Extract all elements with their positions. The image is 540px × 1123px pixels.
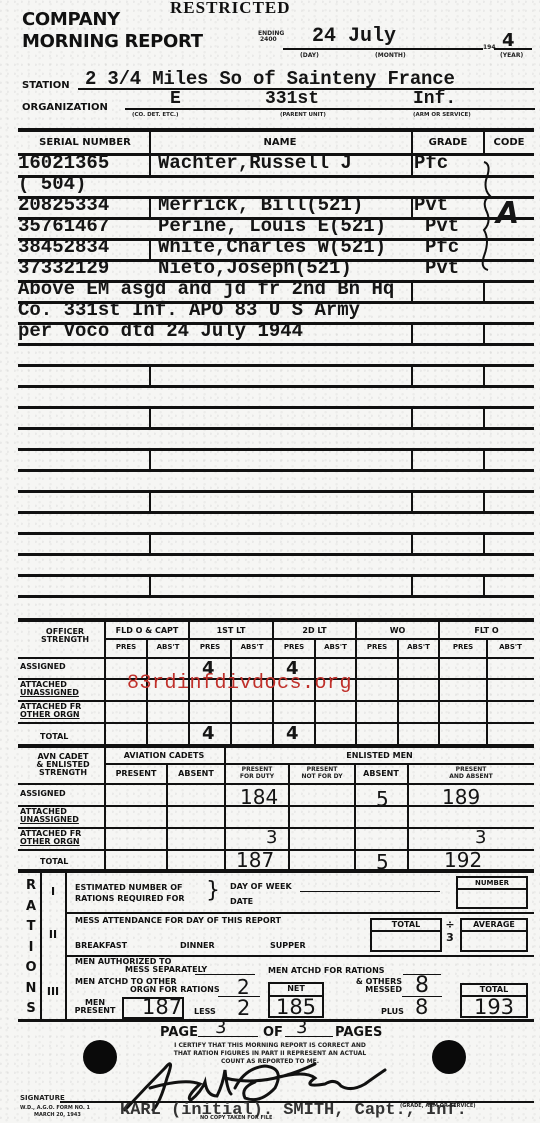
mess-attendance-label: MESS ATTENDANCE FOR DAY OF THIS REPORT xyxy=(75,917,281,925)
rule xyxy=(18,700,534,702)
col-line: NOT FOR DY xyxy=(290,773,354,780)
roster-row-grade: Pfc xyxy=(414,152,448,174)
org-company: E xyxy=(170,89,181,109)
roster-row-serial: 35761467 xyxy=(18,215,109,237)
roster-row-serial: 38452834 xyxy=(18,236,109,258)
header-divider xyxy=(18,128,534,132)
divide-icon: ÷ xyxy=(444,918,456,931)
net-label: NET xyxy=(268,985,324,993)
row-label-line: OTHER ORGN xyxy=(20,711,81,719)
col-divider xyxy=(354,764,356,869)
col-divider xyxy=(411,492,413,511)
col-divider xyxy=(483,324,485,343)
side-letter: O xyxy=(22,958,40,979)
roster-row-serial: 37332129 xyxy=(18,257,109,279)
col-divider xyxy=(411,132,413,153)
total-label: TOTAL xyxy=(370,921,442,929)
em-assigned-present-and-absent: 189 xyxy=(442,785,480,809)
ration-total-value: 193 xyxy=(460,995,528,1019)
officer-total-1st-lt-pres: 4 xyxy=(202,723,215,744)
rule xyxy=(18,744,534,748)
col-divider xyxy=(149,492,151,511)
station-value: 2 3/4 Miles So of Sainteny France xyxy=(85,68,455,90)
col-line: PRESENT xyxy=(226,766,288,773)
col-divider xyxy=(483,492,485,511)
col-divider xyxy=(486,639,488,744)
side-letter: N xyxy=(22,979,40,1000)
col-divider xyxy=(407,764,409,869)
col-divider xyxy=(483,132,485,153)
roster-row-grade: Pfc xyxy=(425,236,459,258)
watermark: 83rdinfdivdocs.org xyxy=(127,672,352,695)
row-label-line: OTHER ORGN xyxy=(20,838,81,846)
em-total-present-and-absent: 192 xyxy=(444,848,482,872)
org-arm: Inf. xyxy=(413,89,456,109)
roster-row-serial: 20825334 xyxy=(18,194,109,216)
col-divider xyxy=(483,576,485,595)
roster-bottom-rule xyxy=(18,618,534,622)
col-divider xyxy=(166,764,168,869)
rule xyxy=(18,722,534,724)
roster-row-grade: Pvt xyxy=(414,194,448,216)
year-underline xyxy=(494,48,532,50)
officer-total-2d-lt-pres: 4 xyxy=(286,723,299,744)
col-divider xyxy=(149,198,151,217)
org-caption-company: (CO. DET. ETC.) xyxy=(132,112,179,118)
signature-label: SIGNATURE xyxy=(20,1094,65,1102)
roster-rule xyxy=(18,469,534,472)
col-divider xyxy=(104,622,106,744)
row-label-attached-unassigned: ATTACHED UNASSIGNED xyxy=(20,681,79,697)
page-value: 3 xyxy=(215,1017,226,1038)
roster-row-name: White,Charles W(521) xyxy=(158,236,386,258)
col-divider xyxy=(149,155,151,175)
col-cadets-absent: ABSENT xyxy=(167,770,225,778)
morning-report-page: RESTRICTED COMPANY MORNING REPORT ENDING… xyxy=(0,0,540,1123)
auth-mess-separately-label: MEN AUTHORIZED TO MESS SEPARATELY xyxy=(75,958,207,974)
rule xyxy=(460,930,528,932)
organization-label: ORGANIZATION xyxy=(22,102,108,113)
side-letter: S xyxy=(22,999,40,1020)
row-label-total: TOTAL xyxy=(40,858,68,866)
roster-rule xyxy=(18,175,534,178)
subheader-abst: ABS'T xyxy=(315,643,356,651)
col-present-not-for-duty: PRESENT NOT FOR DY xyxy=(290,766,354,780)
col-divider xyxy=(411,155,413,175)
col-line: PRESENT xyxy=(290,766,354,773)
col-divider xyxy=(483,366,485,385)
rule xyxy=(105,763,534,765)
roster-rule xyxy=(18,364,534,367)
roster-rule xyxy=(18,532,534,535)
col-divider xyxy=(149,576,151,595)
em-assigned-present-for-duty: 184 xyxy=(240,785,278,809)
day-of-week-label: DAY OF WEEK xyxy=(230,883,292,891)
form-title-company: COMPANY xyxy=(22,9,120,30)
form-title-morning-report: MORNING REPORT xyxy=(22,31,203,52)
subheader-abst: ABS'T xyxy=(487,643,534,651)
label-line: PRESENT xyxy=(68,1007,122,1015)
col-serial-number: SERIAL NUMBER xyxy=(20,137,150,148)
ration-total-label: TOTAL xyxy=(460,986,528,994)
organization-underline xyxy=(125,108,535,110)
enlisted-strength-title: AVN CADET & ENLISTED STRENGTH xyxy=(22,753,104,777)
form-identifier: W.D., A.G.O. FORM NO. 1 MARCH 20, 1943 xyxy=(20,1105,90,1119)
classification-stamp: RESTRICTED xyxy=(170,0,291,18)
remarks-line: Co. 331st Inf. APO 83 U S Army xyxy=(18,299,360,321)
men-present-value: 187 xyxy=(142,995,182,1019)
group-2d-lt: 2D LT xyxy=(273,627,356,635)
atchd-for-rations-label: MEN ATCHD FOR RATIONS xyxy=(268,967,385,975)
station-label: STATION xyxy=(22,80,70,91)
col-divider xyxy=(149,366,151,385)
col-divider xyxy=(483,450,485,469)
group-wo: WO xyxy=(356,627,439,635)
roster-row-grade: Pvt xyxy=(425,215,459,237)
row-label-assigned: ASSIGNED xyxy=(20,663,66,671)
group-aviation-cadets: AVIATION CADETS xyxy=(105,752,223,760)
side-letter: T xyxy=(22,917,40,938)
roster-row-serial: ( 504) xyxy=(18,173,86,195)
divisor: 3 xyxy=(444,931,456,944)
rations-side-label: R A T I O N S xyxy=(22,876,40,1020)
em-attached-present-and-absent: 3 xyxy=(475,827,486,848)
officer-strength-title: OFFICER STRENGTH xyxy=(25,628,105,644)
form-id-line: MARCH 20, 1943 xyxy=(20,1112,90,1119)
group-fld-o-capt: FLD O & CAPT xyxy=(105,627,189,635)
roster-row-name: Perine, Louis E(521) xyxy=(158,215,386,237)
col-divider xyxy=(65,873,67,1021)
col-divider xyxy=(411,408,413,427)
group-1st-lt: 1ST LT xyxy=(189,627,273,635)
col-grade: GRADE xyxy=(412,137,484,148)
others-messed-label: & OTHERS MESSED xyxy=(340,978,402,994)
plus-value: 8 xyxy=(415,995,428,1019)
roster-row-name: Merrick, Bill(521) xyxy=(158,194,363,216)
col-divider xyxy=(483,282,485,301)
rule xyxy=(65,912,534,914)
supper-label: SUPPER xyxy=(270,942,306,950)
number-label: NUMBER xyxy=(456,879,528,887)
less-value: 2 xyxy=(237,996,250,1020)
pages-label: PAGES xyxy=(335,1025,382,1040)
date-underline xyxy=(283,48,483,50)
col-divider xyxy=(288,764,290,869)
em-total-present-for-duty: 187 xyxy=(236,848,274,872)
col-divider xyxy=(411,534,413,553)
report-date: 24 July xyxy=(312,25,396,48)
title-line: STRENGTH xyxy=(22,769,104,777)
col-line: PRESENT xyxy=(408,766,534,773)
remarks-line: Above EM asgd and jd fr 2nd Bn Hq xyxy=(18,278,394,300)
section-iii-label: III xyxy=(42,985,64,998)
year-caption: (YEAR) xyxy=(500,52,523,59)
row-label-attached-unassigned: ATTACHED UNASSIGNED xyxy=(20,808,79,824)
officer-strength-title-line2: STRENGTH xyxy=(25,636,105,644)
form-id-line: W.D., A.G.O. FORM NO. 1 xyxy=(20,1105,90,1112)
rule xyxy=(285,1036,333,1037)
roster-rule xyxy=(18,385,534,388)
subheader-pres: PRES xyxy=(189,643,231,651)
col-line: AND ABSENT xyxy=(408,773,534,780)
roster-row-name: Wachter,Russell J xyxy=(158,152,352,174)
col-absent: ABSENT xyxy=(355,770,407,778)
col-divider xyxy=(411,324,413,343)
signer-caption: (GRADE, ARM OR SERVICE) xyxy=(400,1103,476,1109)
col-divider xyxy=(149,534,151,553)
subheader-abst: ABS'T xyxy=(147,643,189,651)
month-caption: (MONTH) xyxy=(375,52,406,59)
brace-icon: } xyxy=(206,878,220,903)
plus-label: PLUS xyxy=(381,1008,404,1016)
em-assigned-absent: 5 xyxy=(376,787,389,811)
rule xyxy=(370,930,442,932)
row-label-attached-fr-other: ATTACHED FR OTHER ORGN xyxy=(20,703,81,719)
row-label-total: TOTAL xyxy=(40,733,68,741)
day-caption: (DAY) xyxy=(300,52,319,59)
roster-row-name: Nieto,Joseph(521) xyxy=(158,257,352,279)
label-line: MESSED xyxy=(340,986,402,994)
ending-label-line2: 2400 xyxy=(258,37,284,43)
subheader-abst: ABS'T xyxy=(398,643,439,651)
side-letter: A xyxy=(22,897,40,918)
breakfast-label: BREAKFAST xyxy=(75,942,127,950)
side-letter: R xyxy=(22,876,40,897)
of-label: OF xyxy=(263,1025,283,1040)
group-enlisted-men: ENLISTED MEN xyxy=(225,752,534,760)
subheader-pres: PRES xyxy=(439,643,487,651)
col-divider xyxy=(149,450,151,469)
group-flt-o: FLT O xyxy=(439,627,534,635)
org-caption-parent: (PARENT UNIT) xyxy=(280,112,326,118)
men-present-label: MEN PRESENT xyxy=(68,999,122,1015)
roster-rule xyxy=(18,595,534,598)
row-label-line: UNASSIGNED xyxy=(20,689,79,697)
day-of-week-field xyxy=(300,891,440,892)
col-present-and-absent: PRESENT AND ABSENT xyxy=(408,766,534,780)
section-i-label: I xyxy=(42,885,64,898)
col-cadets-present: PRESENT xyxy=(105,770,167,778)
em-attached-present-for-duty: 3 xyxy=(266,827,277,848)
row-label-assigned: ASSIGNED xyxy=(20,790,66,798)
rule xyxy=(456,888,528,890)
remarks-line: per Voco dtd 24 July 1944 xyxy=(18,320,303,342)
rule xyxy=(18,657,534,659)
estimated-rations-label: ESTIMATED NUMBER OF RATIONS REQUIRED FOR xyxy=(75,882,185,904)
roster-row-serial: 16021365 xyxy=(18,152,109,174)
rule xyxy=(18,1019,534,1022)
col-divider xyxy=(411,282,413,301)
roster-rule xyxy=(18,427,534,430)
roster-row-grade: Pvt xyxy=(425,257,459,279)
col-divider xyxy=(411,366,413,385)
average-label: AVERAGE xyxy=(460,921,528,929)
code-mark: A xyxy=(496,196,519,231)
col-divider xyxy=(438,622,440,744)
col-divider xyxy=(104,748,106,869)
rule xyxy=(105,638,534,640)
row-label-line: UNASSIGNED xyxy=(20,816,79,824)
col-divider xyxy=(149,240,151,259)
col-present-for-duty: PRESENT FOR DUTY xyxy=(226,766,288,780)
em-total-absent: 5 xyxy=(376,850,389,874)
section-ii-label: II xyxy=(42,928,64,941)
col-divider xyxy=(483,534,485,553)
col-divider xyxy=(411,450,413,469)
roster-rule xyxy=(18,406,534,409)
pages-value: 3 xyxy=(296,1017,307,1038)
side-letter: I xyxy=(22,938,40,959)
label-line: ORGN FOR RATIONS xyxy=(75,986,220,994)
col-divider xyxy=(224,748,226,869)
roster-rule xyxy=(18,490,534,493)
ending-label: ENDING 2400 xyxy=(258,31,284,43)
org-parent-unit: 331st xyxy=(265,89,319,109)
label-line: MESS SEPARATELY xyxy=(75,966,207,974)
date-label: DATE xyxy=(230,898,253,906)
row-label-attached-fr-other: ATTACHED FR OTHER ORGN xyxy=(20,830,81,846)
label-line: RATIONS REQUIRED FOR xyxy=(75,893,185,904)
divide-by-3: ÷ 3 xyxy=(444,918,456,944)
col-name: NAME xyxy=(150,137,410,148)
roster-rule xyxy=(18,448,534,451)
col-divider xyxy=(149,132,151,153)
col-divider xyxy=(355,622,357,744)
roster-rule xyxy=(18,574,534,577)
less-label: LESS xyxy=(194,1008,216,1016)
col-divider xyxy=(483,408,485,427)
org-caption-arm: (ARM OR SERVICE) xyxy=(413,112,471,118)
page-label: PAGE xyxy=(160,1025,198,1040)
col-divider xyxy=(149,408,151,427)
subheader-abst: ABS'T xyxy=(231,643,273,651)
roster-rule xyxy=(18,553,534,556)
col-divider xyxy=(411,576,413,595)
col-divider xyxy=(397,639,399,744)
atchd-other-orgn-label: MEN ATCHD TO OTHER ORGN FOR RATIONS xyxy=(75,978,220,994)
subheader-pres: PRES xyxy=(273,643,315,651)
col-code: CODE xyxy=(484,137,534,148)
col-line: FOR DUTY xyxy=(226,773,288,780)
subheader-pres: PRES xyxy=(356,643,398,651)
roster-rule xyxy=(18,343,534,346)
net-value: 185 xyxy=(268,995,324,1019)
roster-rule xyxy=(18,511,534,514)
subheader-pres: PRES xyxy=(105,643,147,651)
dinner-label: DINNER xyxy=(180,942,215,950)
col-divider xyxy=(411,198,413,217)
label-line: ESTIMATED NUMBER OF xyxy=(75,882,185,893)
copy-note: NO COPY TAKEN FOR FILE xyxy=(200,1115,272,1121)
rule xyxy=(198,1036,258,1037)
punch-hole-right xyxy=(432,1040,466,1074)
